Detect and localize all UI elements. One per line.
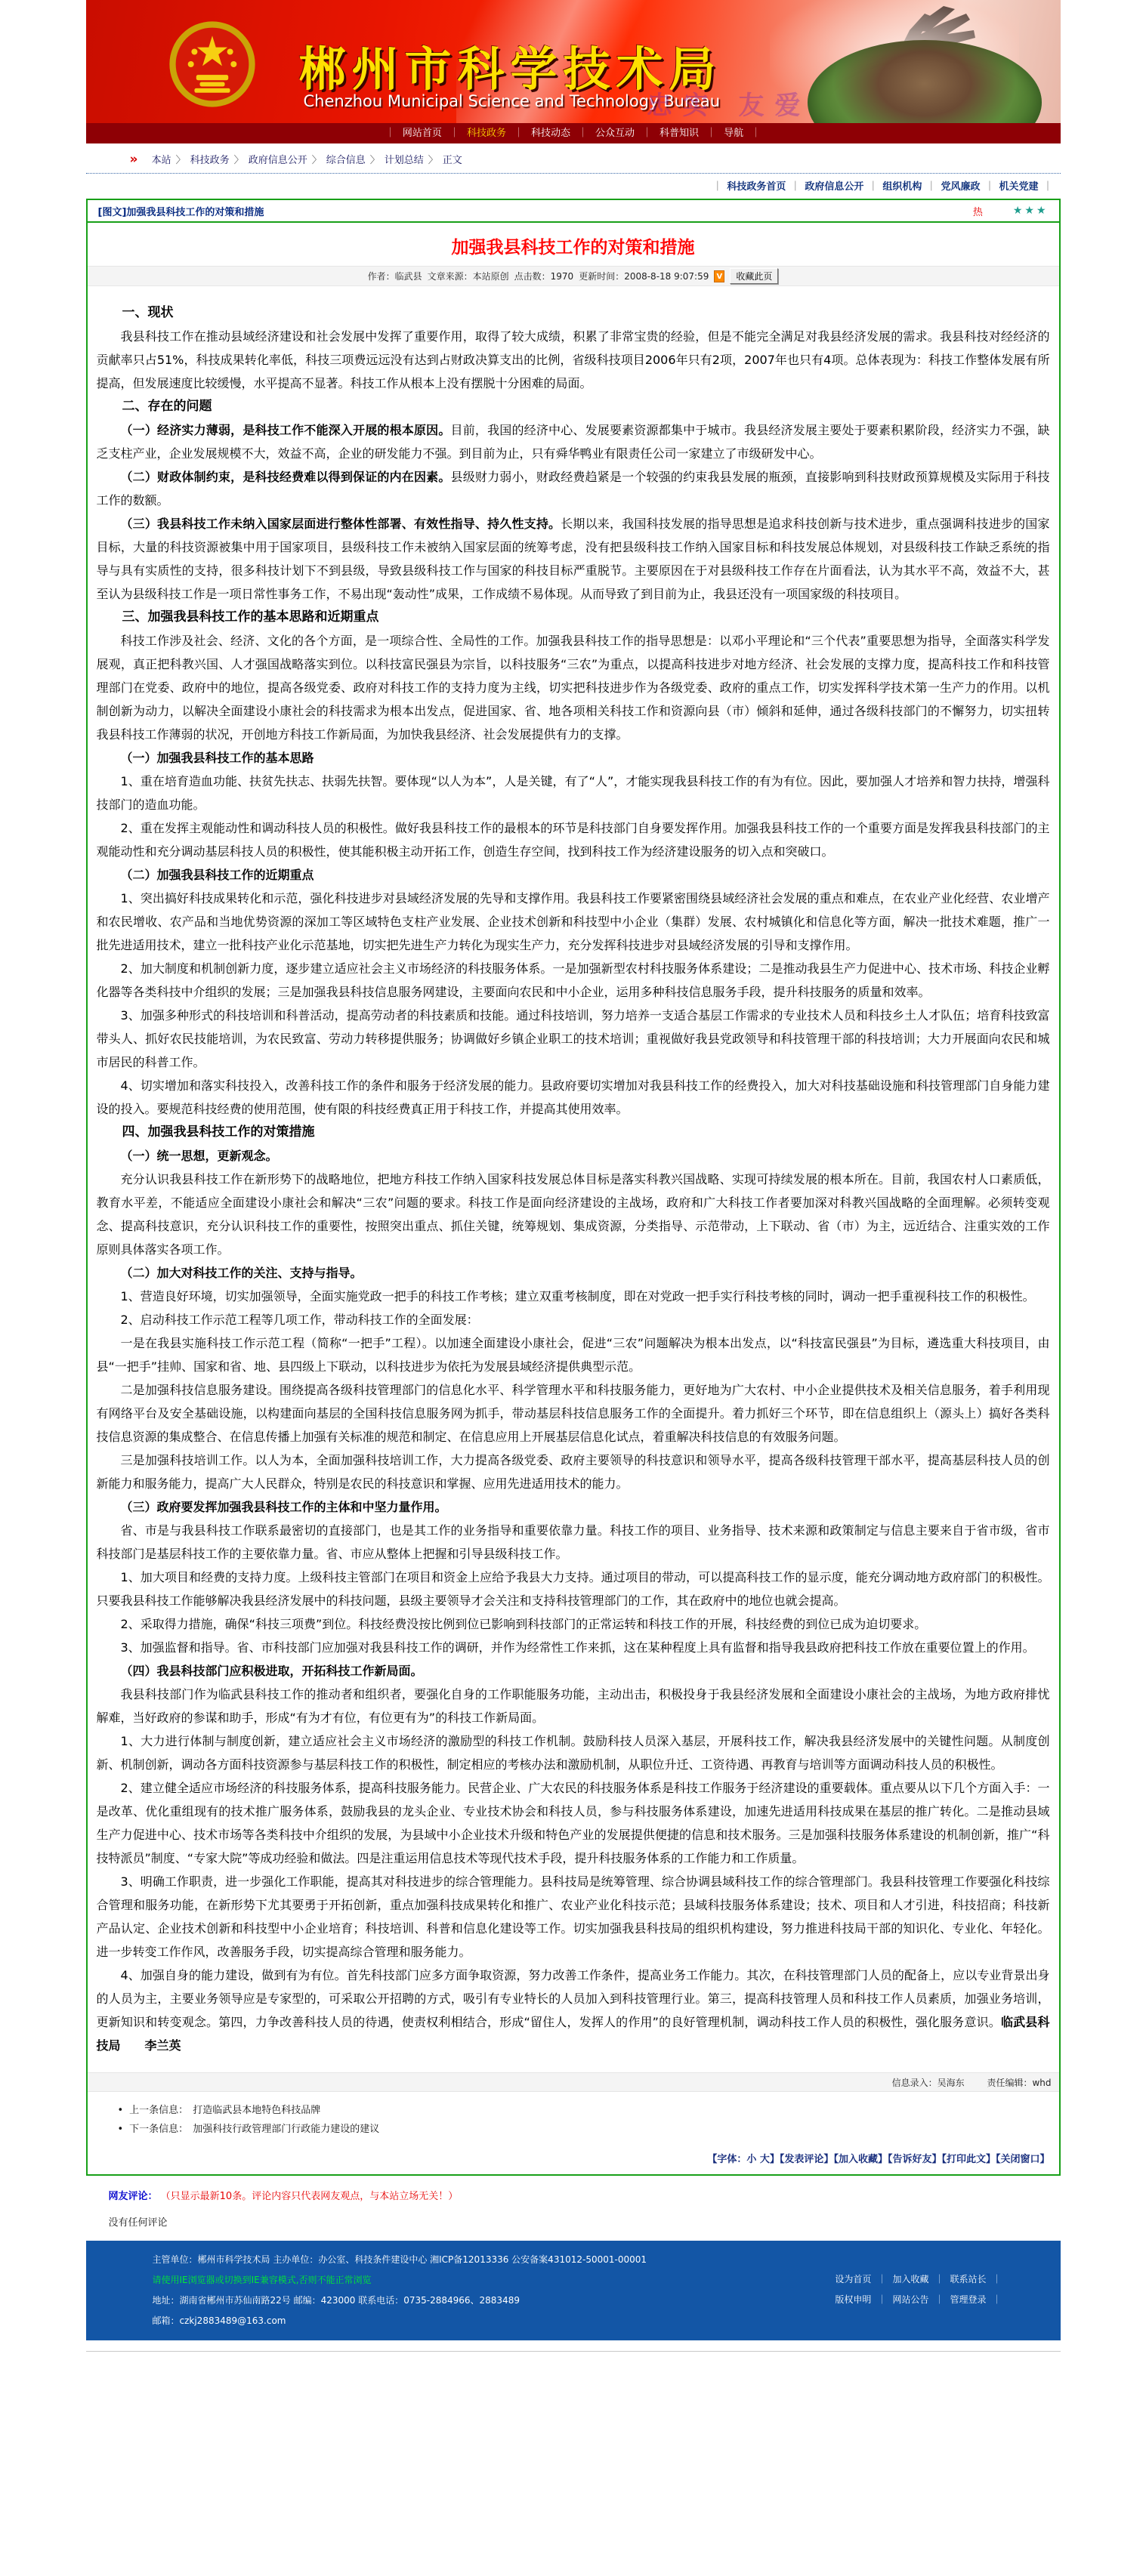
nav-separator: ｜ (449, 128, 459, 139)
nav-item-网站首页[interactable]: 网站首页 (403, 128, 442, 139)
footer-links-row: 设为首页｜加入收藏｜联系站长｜ (835, 2269, 1007, 2290)
meta-item: 点击数：1970 (514, 270, 574, 282)
breadcrumb-separator: 〉 (428, 155, 438, 166)
meta-item: 文章来源：本站原创 (428, 270, 509, 282)
section-subnav: ｜科技政务首页｜政府信息公开｜组织机构｜党风廉政｜机关党建｜ (86, 174, 1061, 194)
breadcrumb-arrows-icon: » (130, 152, 138, 167)
footer-links-row: 版权申明｜网站公告｜管理登录｜ (835, 2290, 1007, 2310)
subnav-item-党风廉政[interactable]: 党风廉政 (941, 181, 980, 193)
footer-org-line: 主管单位：郴州市科学技术局 主办单位：办公室、科技条件建设中心 湘ICP备120… (153, 2250, 1061, 2270)
hot-badge: 热 (973, 204, 983, 218)
article-paragraph: 1、营造良好环境，切实加强领导，全面实施党政一把手的科技工作考核；建立双重考核制… (97, 1285, 1050, 1308)
meta-item: 作者：临武县 (368, 270, 422, 282)
breadcrumb-item[interactable]: 计划总结 (385, 155, 424, 166)
article-paragraph: 1、加大项目和经费的支持力度。上级科技主管部门在项目和资金上应给予我县大力支持。… (97, 1566, 1050, 1612)
nav-item-科技政务[interactable]: 科技政务 (467, 128, 506, 139)
article-paragraph: 省、市是与我县科技工作联系最密切的直接部门，也是其工作的业务指导和重要依靠力量。… (97, 1519, 1050, 1566)
subnav-item-机关党建[interactable]: 机关党建 (999, 181, 1038, 193)
footer-link-separator: ｜ (877, 2294, 886, 2305)
article-paragraph: 1、突出搞好科技成果转化和示范，强化科技进步对县域经济发展的先导和支撑作用。我县… (97, 887, 1050, 957)
article-paragraph: （一）经济实力薄弱，是科技工作不能深入开展的根本原因。目前，我国的经济中心、发展… (97, 418, 1050, 465)
breadcrumb-separator: 〉 (312, 155, 322, 166)
article-action[interactable]: 【字体：小 大】 (707, 2154, 780, 2165)
subnav-separator: ｜ (790, 181, 800, 193)
article-section-heading: 四、加强我县科技工作的对策措施 (97, 1121, 1050, 1144)
nav-item-导航[interactable]: 导航 (724, 128, 743, 139)
prev-article-row: •上一条信息：打造临武县本地特色科技品牌 (118, 2101, 1059, 2120)
article-paragraph: 我县科技部门作为临武县科技工作的推动者和组织者，要强化自身的工作职能服务功能，主… (97, 1683, 1050, 1729)
article-header-bar: [图文]加强我县科技工作的对策和措施 热 ★★★ (88, 200, 1059, 223)
subnav-separator: ｜ (1043, 181, 1052, 193)
nav-item-科普知识[interactable]: 科普知识 (659, 128, 699, 139)
nav-separator: ｜ (751, 128, 761, 139)
article-paragraph: 3、加强监督和指导。省、市科技部门应加强对我县科技工作的调研，并作为经常性工作来… (97, 1636, 1050, 1659)
comments-note: （只显示最新10条。评论内容只代表网友观点，与本站立场无关！） (161, 2191, 459, 2202)
breadcrumb-separator: 〉 (234, 155, 244, 166)
article-section-heading: 二、存在的问题 (97, 395, 1050, 418)
breadcrumb-item[interactable]: 本站 (152, 155, 171, 166)
article-subheading: （二）加大对科技工作的关注、支持与指导。 (97, 1261, 1050, 1285)
breadcrumb: » 本站〉科技政务〉政府信息公开〉综合信息〉计划总结〉正文 (86, 143, 1061, 168)
article-action[interactable]: 【打印此文】 (941, 2154, 996, 2165)
article-paragraph: 4、加强自身的能力建设，做到有为有位。首先科技部门应多方面争取资源，努力改善工作… (97, 1964, 1050, 2057)
subnav-separator: ｜ (712, 181, 722, 193)
article-subheading: （二）加强我县科技工作的近期重点 (97, 863, 1050, 887)
article-box: [图文]加强我县科技工作的对策和措施 热 ★★★ 加强我县科技工作的对策和措施 … (86, 199, 1061, 2176)
subnav-separator: ｜ (926, 181, 936, 193)
site-banner: 郴州市科学技术局 Chenzhou Municipal Science and … (86, 0, 1061, 123)
prev-article-link[interactable]: 打造临武县本地特色科技品牌 (193, 2105, 320, 2116)
breadcrumb-item: 正文 (443, 155, 462, 166)
article-title: 加强我县科技工作的对策和措施 (88, 233, 1059, 258)
subnav-item-科技政务首页[interactable]: 科技政务首页 (727, 181, 786, 193)
article-paragraph: （三）我县科技工作未纳入国家层面进行整体性部署、有效性指导、持久性支持。长期以来… (97, 512, 1050, 606)
article-action[interactable]: 【告诉好友】 (888, 2154, 942, 2165)
article-subheading: （一）统一思想，更新观念。 (97, 1144, 1050, 1168)
article-paragraph: 科技工作涉及社会、经济、文化的各个方面，是一项综合性、全局性的工作。加强我县科技… (97, 629, 1050, 746)
footer-link-separator: ｜ (992, 2294, 1001, 2305)
article-paragraph: 三是加强科技培训工作。以人为本，全面加强科技培训工作，大力提高各级党委、政府主要… (97, 1448, 1050, 1495)
footer-link-设为首页[interactable]: 设为首页 (835, 2274, 871, 2284)
breadcrumb-item[interactable]: 综合信息 (326, 155, 366, 166)
breadcrumb-separator: 〉 (370, 155, 380, 166)
main-nav: ｜网站首页｜科技政务｜科技动态｜公众互动｜科普知识｜导航｜ (86, 123, 1061, 143)
article-paragraph: 二是加强科技信息服务建设。围绕提高各级科技管理部门的信息化水平、科学管理水平和科… (97, 1378, 1050, 1448)
article-paragraph: 1、重在培育造血功能、扶贫先扶志、扶弱先扶智。要体现“以人为本”，人是关键，有了… (97, 770, 1050, 816)
article-paragraph: 3、加强多种形式的科技培训和科普活动，提高劳动者的科技素质和技能。通过科技培训，… (97, 1004, 1050, 1074)
nav-separator: ｜ (642, 128, 652, 139)
article-section-heading: 三、加强我县科技工作的基本思路和近期重点 (97, 606, 1050, 629)
bookmark-v-icon[interactable]: V (714, 270, 724, 282)
comments-label: 网友评论： (109, 2191, 158, 2202)
article-paragraph: （二）财政体制约束，是科技经费难以得到保证的内在因素。县级财力弱小，财政经费趋紧… (97, 465, 1050, 512)
subnav-separator: ｜ (984, 181, 994, 193)
nav-separator: ｜ (578, 128, 588, 139)
next-article-link[interactable]: 加强科技行政管理部门行政能力建设的建议 (193, 2124, 379, 2135)
next-label: 下一条信息： (129, 2124, 188, 2135)
footer-link-版权申明[interactable]: 版权申明 (835, 2294, 871, 2305)
subnav-item-组织机构[interactable]: 组织机构 (882, 181, 922, 193)
article-action[interactable]: 【关闭窗口】 (996, 2154, 1050, 2165)
prev-next-links: •上一条信息：打造临武县本地特色科技品牌 •下一条信息：加强科技行政管理部门行政… (88, 2092, 1059, 2139)
national-emblem-icon (168, 17, 257, 112)
prev-label: 上一条信息： (129, 2105, 188, 2116)
footer-link-管理登录[interactable]: 管理登录 (950, 2294, 986, 2305)
article-actions: 【字体：小 大】【发表评论】【加入收藏】【告诉好友】【打印此文】【关闭窗口】 (88, 2139, 1059, 2174)
bullet-icon: • (118, 2105, 124, 2116)
article-paragraph: 1、大力进行体制与制度创新，建立适应社会主义市场经济的激励型的科技工作机制。鼓励… (97, 1729, 1050, 1776)
article-subheading: （四）我县科技部门应积极进取，开拓科技工作新局面。 (97, 1659, 1050, 1683)
article-signature: 临武县科技局 李兰英 (97, 2015, 1050, 2053)
footer-link-separator: ｜ (992, 2274, 1001, 2284)
article-subheading: （三）政府要发挥加强我县科技工作的主体和中坚力量作用。 (97, 1495, 1050, 1519)
article-header-title[interactable]: [图文]加强我县科技工作的对策和措施 (98, 204, 264, 218)
article-paragraph: 一是在我县实施科技工作示范工程（简称“一把手”工程）。以加速全面建设小康社会，促… (97, 1331, 1050, 1378)
paragraph-bold-lead: （二）财政体制约束，是科技经费难以得到保证的内在因素。 (121, 470, 451, 484)
article-paragraph: 4、切实增加和落实科技投入，改善科技工作的条件和服务于经济发展的能力。县政府要切… (97, 1074, 1050, 1121)
next-article-row: •下一条信息：加强科技行政管理部门行政能力建设的建议 (118, 2120, 1059, 2139)
nav-separator: ｜ (514, 128, 524, 139)
article-paragraph: 2、加大制度和机制创新力度，逐步建立适应社会主义市场经济的科技服务体系。一是加强… (97, 957, 1050, 1004)
article-body: 一、现状我县科技工作在推动县域经济建设和社会发展中发挥了重要作用，取得了较大成绩… (88, 286, 1059, 2062)
nav-item-科技动态[interactable]: 科技动态 (531, 128, 570, 139)
article-paragraph: 充分认识我县科技工作在新形势下的战略地位，把地方科技工作纳入国家科技发展总体目标… (97, 1168, 1050, 1261)
favorite-page-button[interactable]: 收藏此页 (730, 268, 778, 284)
comments-section: 网友评论： （只显示最新10条。评论内容只代表网友观点，与本站立场无关！） 没有… (86, 2188, 1061, 2229)
article-paragraph: 2、建立健全适应市场经济的科技服务体系，提高科技服务能力。民营企业、广大农民的科… (97, 1776, 1050, 1870)
comments-empty-text: 没有任何评论 (109, 2214, 1061, 2229)
subnav-separator: ｜ (868, 181, 878, 193)
info-entry: 信息录入：吴海东 (892, 2078, 965, 2088)
article-action[interactable]: 【加入收藏】 (833, 2154, 888, 2165)
article-paragraph: 2、采取得力措施，确保“科技三项费”到位。科技经费没按比例到位已影响到科技部门的… (97, 1612, 1050, 1636)
nav-item-公众互动[interactable]: 公众互动 (595, 128, 635, 139)
article-paragraph: 2、启动科技工作示范工程等几项工作，带动科技工作的全面发展： (97, 1308, 1050, 1331)
article-action[interactable]: 【发表评论】 (780, 2154, 834, 2165)
site-footer: 主管单位：郴州市科学技术局 主办单位：办公室、科技条件建设中心 湘ICP备120… (86, 2241, 1061, 2340)
info-editor: 责任编辑：whd (987, 2078, 1051, 2088)
page-bottom-divider (86, 2351, 1061, 2357)
meta-item: 更新时间：2008-8-18 9:07:59 (579, 270, 709, 282)
subnav-item-政府信息公开[interactable]: 政府信息公开 (805, 181, 863, 193)
nav-separator: ｜ (385, 128, 395, 139)
footer-link-网站公告[interactable]: 网站公告 (892, 2294, 928, 2305)
footer-email-line: 邮箱：czkj2883489@163.com (153, 2311, 1061, 2331)
breadcrumb-item[interactable]: 政府信息公开 (249, 155, 307, 166)
paragraph-bold-lead: （三）我县科技工作未纳入国家层面进行整体性部署、有效性指导、持久性支持。 (121, 517, 561, 531)
footer-link-加入收藏[interactable]: 加入收藏 (892, 2274, 928, 2284)
paragraph-bold-lead: （一）经济实力薄弱，是科技工作不能深入开展的根本原因。 (121, 423, 451, 437)
nav-separator: ｜ (706, 128, 716, 139)
article-meta-bar: 作者：临武县文章来源：本站原创点击数：1970更新时间：2008-8-18 9:… (88, 266, 1059, 286)
article-paragraph: 我县科技工作在推动县域经济建设和社会发展中发挥了重要作用，取得了较大成绩，积累了… (97, 325, 1050, 395)
article-paragraph: 2、重在发挥主观能动性和调动科技人员的积极性。做好我县科技工作的最根本的环节是科… (97, 816, 1050, 863)
breadcrumb-separator: 〉 (176, 155, 186, 166)
article-section-heading: 一、现状 (97, 301, 1050, 325)
footer-link-联系站长[interactable]: 联系站长 (950, 2274, 986, 2284)
entry-info-bar: 信息录入：吴海东 责任编辑：whd (88, 2072, 1059, 2092)
footer-link-separator: ｜ (934, 2294, 944, 2305)
footer-links: 设为首页｜加入收藏｜联系站长｜版权申明｜网站公告｜管理登录｜ (835, 2269, 1007, 2310)
rating-stars-icon: ★★★ (1013, 205, 1049, 217)
breadcrumb-item[interactable]: 科技政务 (190, 155, 230, 166)
article-paragraph: 3、明确工作职责，进一步强化工作职能，提高其对科技进步的综合管理能力。县科技局是… (97, 1870, 1050, 1964)
page-container: 郴州市科学技术局 Chenzhou Municipal Science and … (86, 0, 1061, 2357)
footer-link-separator: ｜ (877, 2274, 886, 2284)
banner-watermark-text: 忠实 友爱 (647, 85, 811, 122)
footer-link-separator: ｜ (934, 2274, 944, 2284)
bullet-icon: • (118, 2124, 124, 2135)
article-subheading: （一）加强我县科技工作的基本思路 (97, 746, 1050, 770)
